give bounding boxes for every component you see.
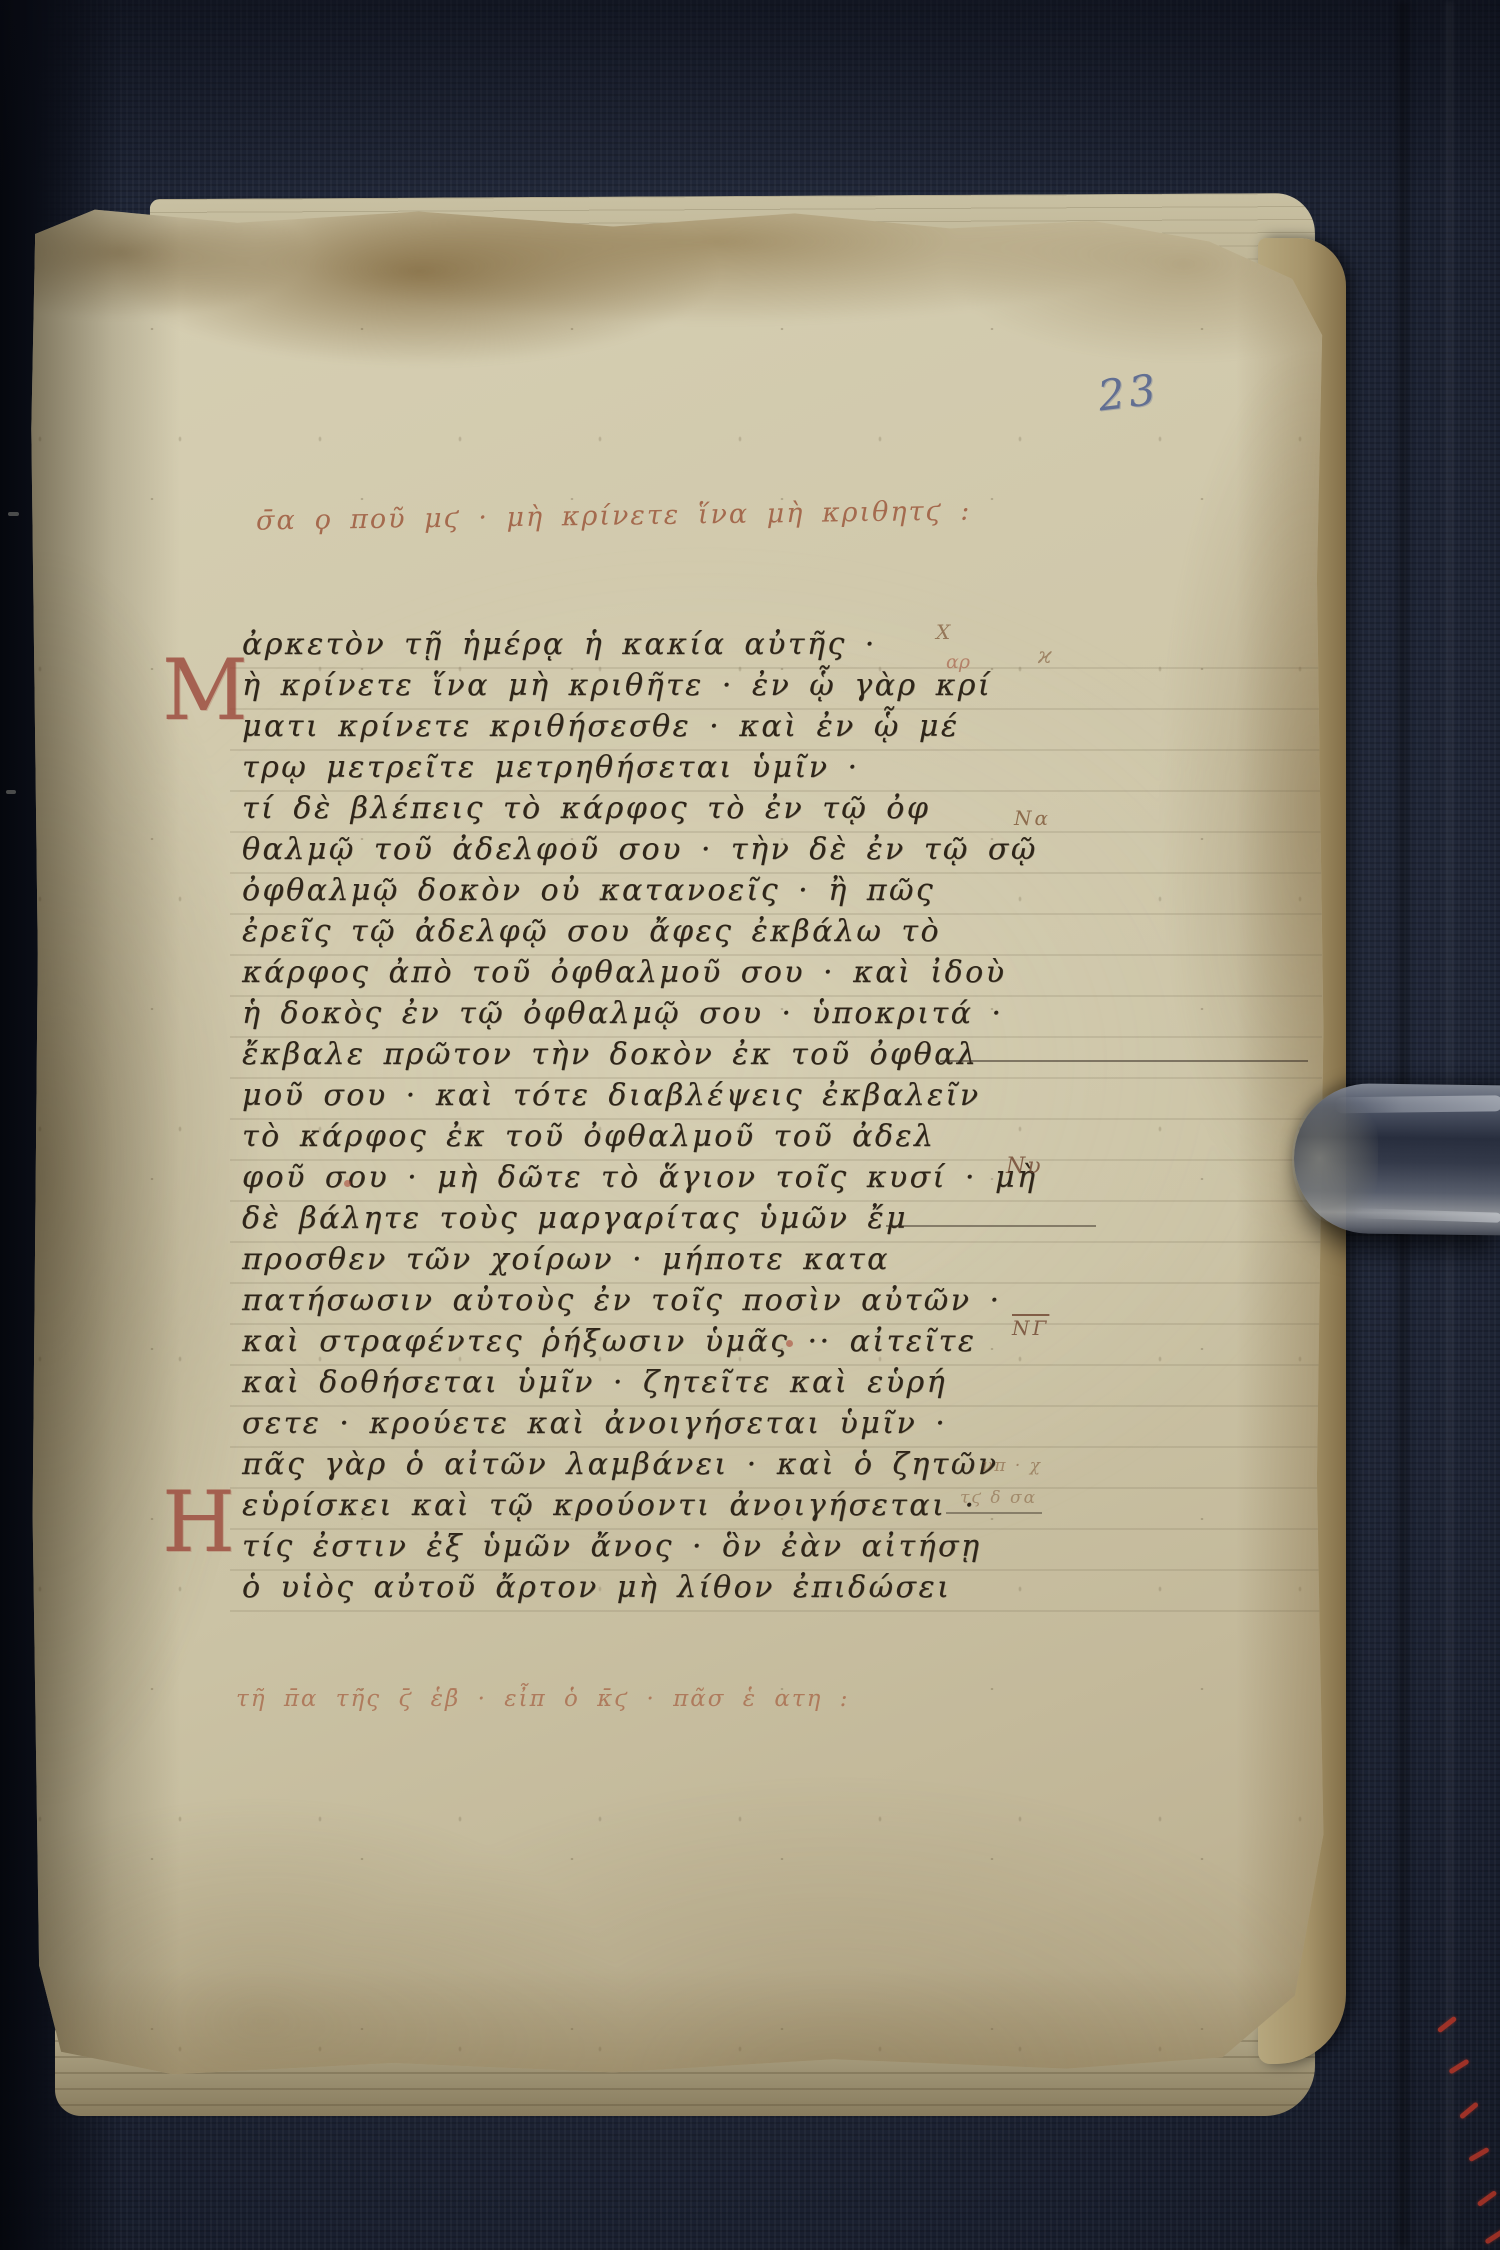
bottom-shadow [30,1968,1326,2078]
margin-note-chi: Χ [936,620,950,644]
folio-number: 23 [1095,364,1162,420]
binding-edge-mark [8,512,19,516]
binding-edge-mark [6,790,16,794]
manuscript-photo: 23 σ̄α ϙ ποῦ μϛ · μὴ κρίνετε ἵνα μὴ κριθ… [0,0,1500,2250]
text-line: προσθεν τῶν χοίρων · μήποτε κατα [242,1239,987,1280]
glass-rod-highlight [1335,1095,1500,1113]
red-section-dot [786,1340,793,1347]
text-line: τὸ κάρφος ἐκ τοῦ ὀφθαλμοῦ τοῦ ἀδελ [242,1116,987,1157]
text-line: πᾶς γὰρ ὁ αἰτῶν λαμβάνει · καὶ ὁ ζητῶν [242,1444,987,1485]
text-line: ὴ κρίνετε ἵνα μὴ κριθῆτε · ἐν ᾧ γὰρ κρί [242,665,987,706]
gutter-shadow [30,204,180,2078]
red-section-dot [344,1180,351,1187]
text-line: θαλμῷ τοῦ ἀδελφοῦ σου · τὴν δὲ ἐν τῷ σῷ [242,829,987,870]
text-line: ἀρκετὸν τῇ ἡμέρᾳ ἡ κακία αὐτῆς · [242,624,987,665]
text-line: μοῦ σου · καὶ τότε διαβλέψεις ἐκβαλεῖν [242,1075,987,1116]
rubricated-initial-mu: Μ [162,650,248,730]
text-line: ματι κρίνετε κριθήσεσθε · καὶ ἐν ᾧ μέ [242,706,987,747]
margin-note-kephalaion-53: ΝΓ [1012,1316,1049,1340]
text-line: ἐρεῖς τῷ ἀδελφῷ σου ἄφες ἐκβάλω τὸ [242,911,987,952]
cloth-top-shadow [0,0,1500,200]
line-filler-rule [946,1512,1042,1514]
text-line: καὶ στραφέντες ῥήξωσιν ὑμᾶς ·· αἰτεῖτε [242,1321,987,1362]
margin-note-kephalaion-52: Νυ [1006,1154,1043,1179]
text-line: ὀφθαλμῷ δοκὸν οὐ κατανοεῖς · ἢ πῶς [242,870,987,911]
text-line: εὑρίσκει καὶ τῷ κρούοντι ἀνοιγήσεται · [242,1485,987,1526]
text-line: σετε · κρούετε καὶ ἀνοιγήσεται ὑμῖν · [242,1403,987,1444]
text-line: πατήσωσιν αὐτοὺς ἐν τοῖς ποσὶν αὐτῶν · [242,1280,987,1321]
glass-weight-rod [1293,1083,1500,1236]
margin-note-faded-a: νπ · χ [982,1456,1042,1476]
text-line: φοῦ σου · μὴ δῶτε τὸ ἅγιον τοῖς κυσί · μ… [242,1157,987,1198]
text-line: καὶ δοθήσεται ὑμῖν · ζητεῖτε καὶ εὑρή [242,1362,987,1403]
text-line: δὲ βάλητε τοὺς μαργαρίτας ὑμῶν ἔμ [242,1198,987,1239]
text-block: ἀρκετὸν τῇ ἡμέρᾳ ἡ κακία αὐτῆς · ὴ κρίνε… [242,624,987,1608]
text-line: ὁ υἱὸς αὐτοῦ ἄρτον μὴ λίθον ἐπιδώσει [242,1567,987,1608]
text-line: ἡ δοκὸς ἐν τῷ ὀφθαλμῷ σου · ὑποκριτά · [242,993,987,1034]
line-filler-rule [886,1225,1096,1227]
margin-note-kephalaion-51: Να [1014,806,1051,830]
glass-rod-highlight [1353,1208,1500,1223]
line-filler-rule [940,1060,1308,1062]
margin-note-ar: αρ [946,652,962,672]
text-line: τί δὲ βλέπεις τὸ κάρφος τὸ ἐν τῷ ὀφ [242,788,987,829]
manuscript-page: 23 σ̄α ϙ ποῦ μϛ · μὴ κρίνετε ἵνα μὴ κριθ… [30,204,1326,2078]
text-line: ἔκβαλε πρῶτον τὴν δοκὸν ἐκ τοῦ ὀφθαλ [242,1034,987,1075]
margin-note-kappa: ϰ [1038,644,1052,669]
margin-note-faded-b: τϛ δ σα [960,1488,1037,1508]
rubric-footer: τῆ π̄α τῆς ϛ̄ ἑβ̄ · εἶπ ὁ κ̄ϛ · πᾶσ ἑ ατ… [236,1686,936,1712]
text-line: τίς ἐστιν ἐξ ὑμῶν ἄνος · ὃν ἐὰν αἰτήσῃ [242,1526,987,1567]
text-line: κάρφος ἀπὸ τοῦ ὀφθαλμοῦ σου · καὶ ἰδοὺ [242,952,987,993]
rubricated-initial-eta: Η [162,1482,235,1562]
text-line: τρῳ μετρεῖτε μετρηθήσεται ὑμῖν · [242,747,987,788]
